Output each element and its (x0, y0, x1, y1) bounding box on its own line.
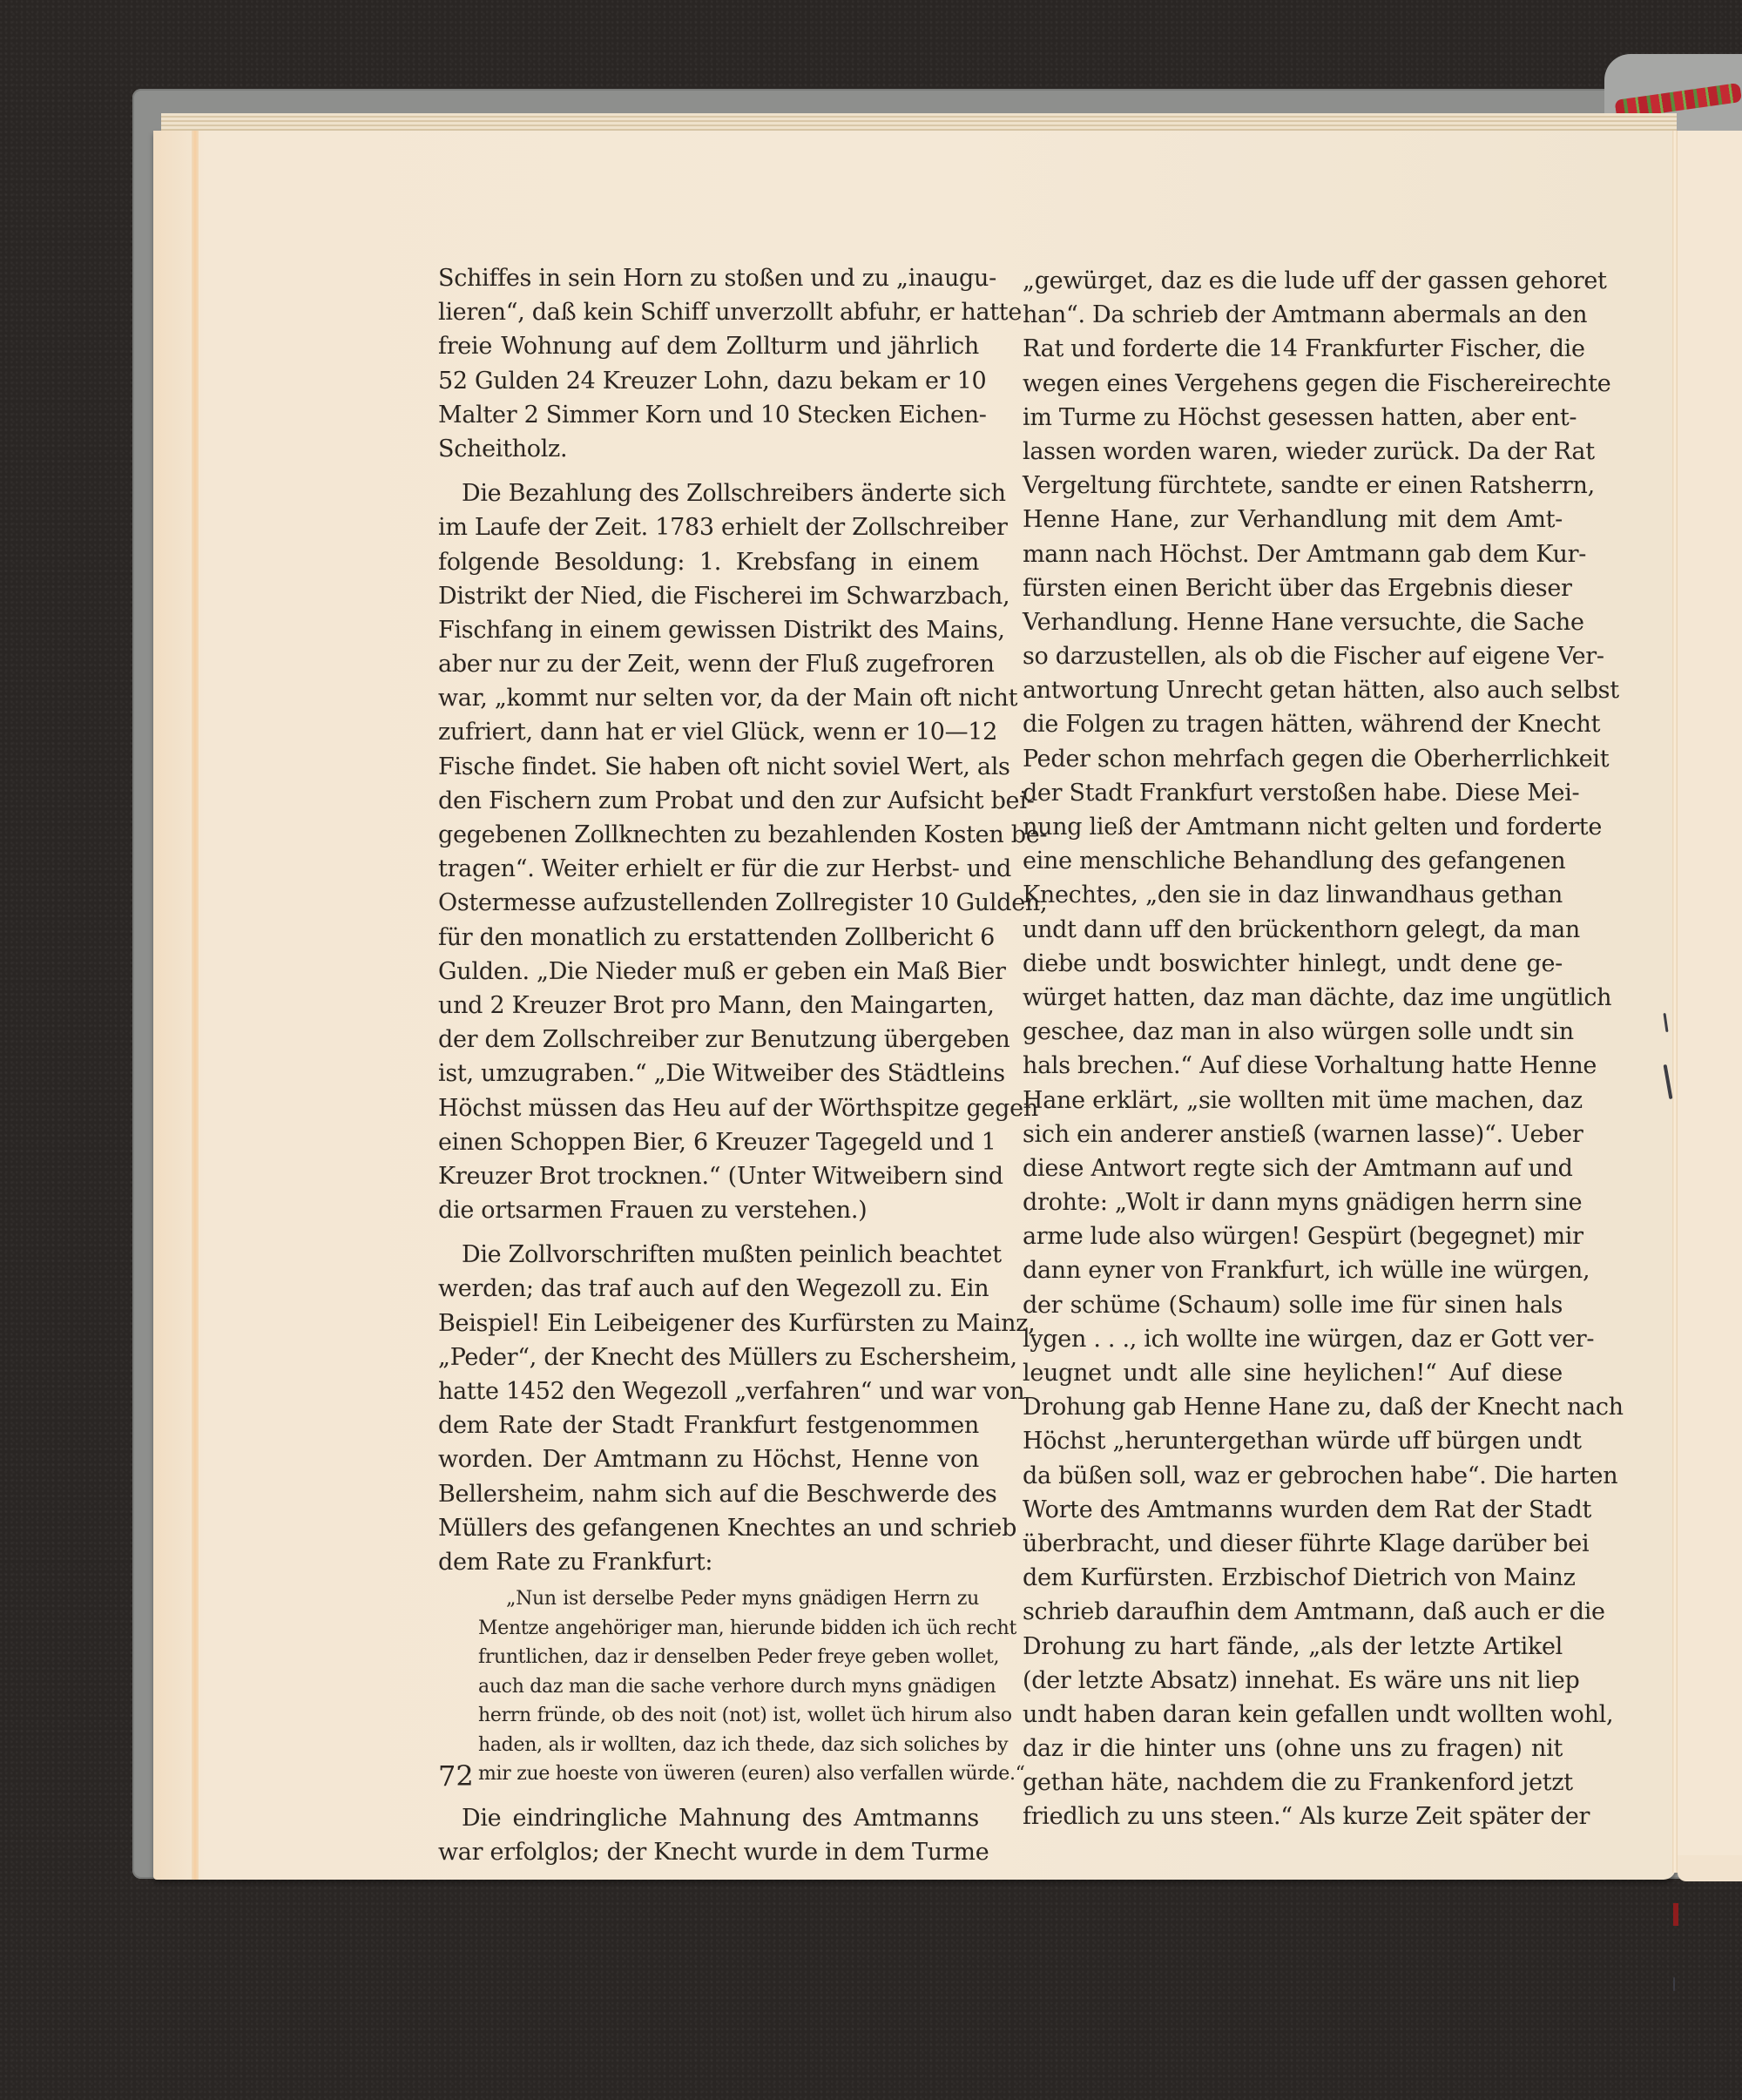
paragraph: Schiffes in sein Horn zu stoßen und zu „… (438, 261, 979, 466)
text-line: die Folgen zu tragen hätten, während der… (1023, 707, 1563, 741)
text-line: folgende Besoldung: 1. Krebsfang in eine… (438, 545, 979, 579)
text-line: „gewürget, daz es die lude uff der gasse… (1023, 264, 1563, 298)
text-line: Gulden. „Die Nieder muß er geben ein Maß… (438, 955, 979, 989)
page-stack-edge (192, 131, 199, 1880)
block-quote: „Nun ist derselbe Peder myns gnädigen He… (438, 1584, 979, 1789)
text-line: die ortsarmen Frauen zu verstehen.) (438, 1193, 979, 1227)
quote-line: „Nun ist derselbe Peder myns gnädigen He… (478, 1584, 979, 1614)
quote-line: haden, als ir wollten, daz ich thede, da… (478, 1731, 979, 1760)
text-line: eine menschliche Behandlung des gefangen… (1023, 844, 1563, 878)
text-line: 52 Gulden 24 Kreuzer Lohn, dazu bekam er… (438, 364, 979, 398)
text-line: dann eyner von Frankfurt, ich wülle ine … (1023, 1253, 1563, 1287)
book-page-right-corner (1678, 1855, 1742, 1881)
text-line: der schüme (Schaum) solle ime für sinen … (1023, 1288, 1563, 1322)
text-line: schrieb daraufhin dem Amtmann, daß auch … (1023, 1595, 1563, 1629)
text-line: undt dann uff den brückenthorn gelegt, d… (1023, 913, 1563, 947)
text-line: Worte des Amtmanns wurden dem Rat der St… (1023, 1493, 1563, 1527)
paragraph: Die eindringliche Mahnung des Amtmanns w… (438, 1801, 979, 1869)
text-line: war, „kommt nur selten vor, da der Main … (438, 681, 979, 715)
text-line: Kreuzer Brot trocknen.“ (Unter Witweiber… (438, 1159, 979, 1193)
left-text-column: Schiffes in sein Horn zu stoßen und zu „… (438, 261, 979, 1869)
text-line: für den monatlich zu erstattenden Zollbe… (438, 921, 979, 955)
page-number: 72 (438, 1759, 474, 1793)
pencil-mark (1673, 1977, 1675, 1991)
text-line: Bellersheim, nahm sich auf die Beschwerd… (438, 1477, 979, 1511)
quote-line: herrn fründe, ob des noit (not) ist, wol… (478, 1701, 979, 1731)
text-line: lygen . . ., ich wollte ine würgen, daz … (1023, 1322, 1563, 1356)
text-line: würget hatten, daz man dächte, daz ime u… (1023, 981, 1563, 1015)
text-line: Distrikt der Nied, die Fischerei im Schw… (438, 579, 979, 613)
book-page-right (1678, 131, 1742, 1855)
text-line: im Laufe der Zeit. 1783 erhielt der Zoll… (438, 510, 979, 544)
text-line: wegen eines Vergehens gegen die Fischere… (1023, 367, 1563, 401)
text-line: lassen worden waren, wieder zurück. Da d… (1023, 435, 1563, 469)
text-line: dem Rate zu Frankfurt: (438, 1545, 979, 1579)
text-line: Malter 2 Simmer Korn und 10 Stecken Eich… (438, 398, 979, 432)
text-line: Peder schon mehrfach gegen die Oberherrl… (1023, 742, 1563, 776)
text-line: lieren“, daß kein Schiff unverzollt abfu… (438, 295, 979, 329)
text-line: und 2 Kreuzer Brot pro Mann, den Maingar… (438, 989, 979, 1023)
text-line: Drohung gab Henne Hane zu, daß der Knech… (1023, 1390, 1563, 1424)
text-line: daz ir die hinter uns (ohne uns zu frage… (1023, 1732, 1563, 1766)
text-line: mann nach Höchst. Der Amtmann gab dem Ku… (1023, 537, 1563, 571)
text-line: arme lude also würgen! Gespürt (begegnet… (1023, 1219, 1563, 1253)
text-line: Schiffes in sein Horn zu stoßen und zu „… (438, 261, 979, 295)
text-line: der Stadt Frankfurt verstoßen habe. Dies… (1023, 776, 1563, 810)
text-line: überbracht, und dieser führte Klage darü… (1023, 1527, 1563, 1561)
text-line: einen Schoppen Bier, 6 Kreuzer Tagegeld … (438, 1125, 979, 1159)
text-line: hals brechen.“ Auf diese Vorhaltung hatt… (1023, 1049, 1563, 1083)
text-line: Henne Hane, zur Verhandlung mit dem Amt- (1023, 503, 1563, 537)
text-line: friedlich zu uns steen.“ Als kurze Zeit … (1023, 1800, 1563, 1833)
text-line: „Peder“, der Knecht des Müllers zu Esche… (438, 1340, 979, 1374)
text-line: Fischfang in einem gewissen Distrikt des… (438, 613, 979, 647)
text-line: worden. Der Amtmann zu Höchst, Henne von (438, 1442, 979, 1476)
text-line: diebe undt boswichter hinlegt, undt dene… (1023, 947, 1563, 981)
text-line: Die Bezahlung des Zollschreibers änderte… (438, 476, 979, 510)
page-edges-top (161, 113, 1677, 132)
text-line: Die eindringliche Mahnung des Amtmanns (438, 1801, 979, 1835)
text-line: Beispiel! Ein Leibeigener des Kurfürsten… (438, 1307, 979, 1340)
text-line: werden; das traf auch auf den Wegezoll z… (438, 1272, 979, 1306)
text-line: Verhandlung. Henne Hane versuchte, die S… (1023, 605, 1563, 639)
text-line: Vergeltung fürchtete, sandte er einen Ra… (1023, 469, 1563, 503)
text-line: Müllers des gefangenen Knechtes an und s… (438, 1511, 979, 1545)
text-line: da büßen soll, waz er gebrochen habe“. D… (1023, 1459, 1563, 1493)
text-line: der dem Zollschreiber zur Benutzung über… (438, 1023, 979, 1057)
text-line: tragen“. Weiter erhielt er für die zur H… (438, 852, 979, 886)
text-line: Drohung zu hart fände, „als der letzte A… (1023, 1630, 1563, 1664)
text-line: aber nur zu der Zeit, wenn der Fluß zuge… (438, 647, 979, 681)
text-line: Knechtes, „den sie in daz linwandhaus ge… (1023, 878, 1563, 912)
text-line: Höchst müssen das Heu auf der Wörthspitz… (438, 1091, 979, 1125)
text-line: (der letzte Absatz) innehat. Es wäre uns… (1023, 1664, 1563, 1698)
text-line: Fische findet. Sie haben oft nicht sovie… (438, 750, 979, 784)
quote-line: mir zue hoeste von üweren (euren) also v… (478, 1759, 979, 1789)
text-line: so darzustellen, als ob die Fischer auf … (1023, 639, 1563, 673)
text-line: sich ein anderer anstieß (warnen lasse)“… (1023, 1118, 1563, 1151)
text-line: undt haben daran kein gefallen undt woll… (1023, 1698, 1563, 1732)
text-line: gegebenen Zollknechten zu bezahlenden Ko… (438, 818, 979, 852)
text-line: Die Zollvorschriften mußten peinlich bea… (438, 1238, 979, 1272)
text-line: diese Antwort regte sich der Amtmann auf… (1023, 1151, 1563, 1185)
text-line: Scheitholz. (438, 432, 979, 466)
page-red-edge (1673, 1903, 1678, 1926)
text-line: Hane erklärt, „sie wollten mit üme mache… (1023, 1084, 1563, 1118)
text-line: hatte 1452 den Wegezoll „verfahren“ und … (438, 1374, 979, 1408)
text-line: fürsten einen Bericht über das Ergebnis … (1023, 571, 1563, 605)
text-line: Höchst „heruntergethan würde uff bürgen … (1023, 1424, 1563, 1458)
quote-line: Mentze angehöriger man, hierunde bidden … (478, 1614, 979, 1644)
text-line: han“. Da schrieb der Amtmann abermals an… (1023, 298, 1563, 332)
paragraph: Die Bezahlung des Zollschreibers änderte… (438, 476, 979, 1227)
text-line: leugnet undt alle sine heylichen!“ Auf d… (1023, 1356, 1563, 1390)
text-line: freie Wohnung auf dem Zollturm und jährl… (438, 329, 979, 363)
text-line: ist, umzugraben.“ „Die Witweiber des Stä… (438, 1057, 979, 1091)
text-line: nung ließ der Amtmann nicht gelten und f… (1023, 810, 1563, 844)
text-line: dem Kurfürsten. Erzbischof Dietrich von … (1023, 1561, 1563, 1595)
quote-line: auch daz man die sache verhore durch myn… (478, 1672, 979, 1702)
text-line: den Fischern zum Probat und den zur Aufs… (438, 784, 979, 818)
text-line: geschee, daz man in also würgen solle un… (1023, 1015, 1563, 1049)
text-line: war erfolglos; der Knecht wurde in dem T… (438, 1835, 979, 1869)
quote-line: fruntlichen, daz ir denselben Peder frey… (478, 1643, 979, 1672)
text-line: zufriert, dann hat er viel Glück, wenn e… (438, 715, 979, 749)
text-line: im Turme zu Höchst gesessen hatten, aber… (1023, 401, 1563, 435)
text-line: gethan häte, nachdem die zu Frankenford … (1023, 1766, 1563, 1800)
text-line: Ostermesse aufzustellenden Zollregister … (438, 886, 979, 920)
text-line: drohte: „Wolt ir dann myns gnädigen herr… (1023, 1185, 1563, 1219)
right-text-column: „gewürget, daz es die lude uff der gasse… (1023, 264, 1563, 1834)
paragraph: Die Zollvorschriften mußten peinlich bea… (438, 1238, 979, 1579)
text-line: antwortung Unrecht getan hätten, also au… (1023, 673, 1563, 707)
text-line: dem Rate der Stadt Frankfurt festgenomme… (438, 1408, 979, 1442)
text-line: Rat und forderte die 14 Frankfurter Fisc… (1023, 332, 1563, 366)
